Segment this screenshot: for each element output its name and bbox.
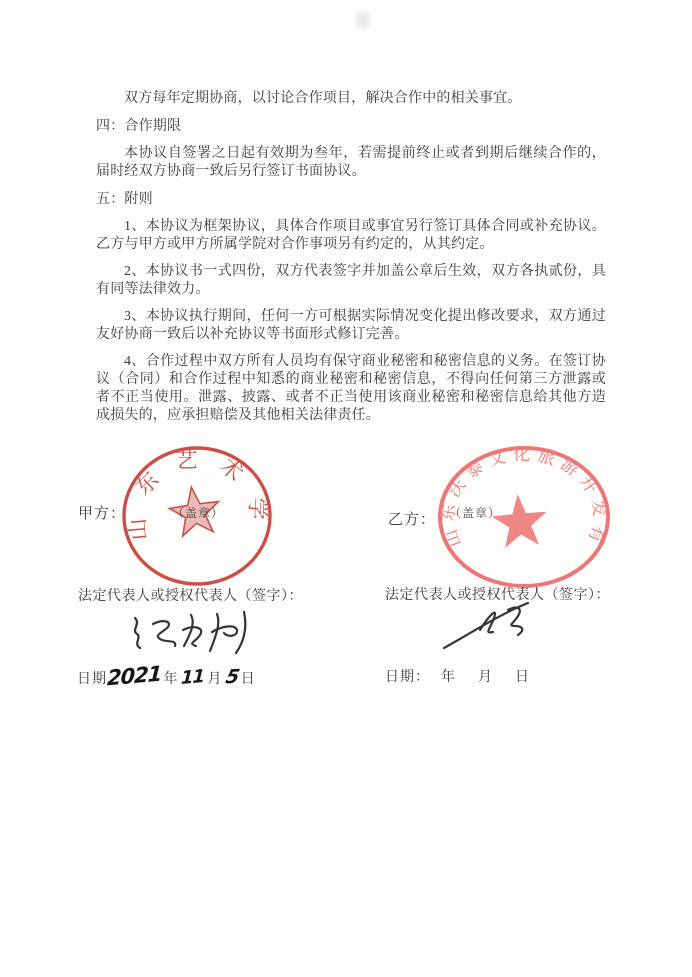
party-a-official-seal-stamp: 山东艺术学院 <box>118 442 276 592</box>
party-b-label: 乙方： <box>388 508 436 529</box>
paragraph-intro: 双方每年定期协商，以讨论合作项目，解决合作中的相关事宜。 <box>96 90 606 108</box>
scanned-document-page: 双方每年定期协商，以讨论合作项目，解决合作中的相关事宜。 四：合作期限 本协议自… <box>0 0 692 977</box>
party-a-date-year-unit: 年 <box>163 668 178 688</box>
party-a-date-prefix: 日期 <box>77 668 107 688</box>
paragraph-term: 本协议自签署之日起有效期为叁年，若需提前终止或者到期后继续合作的，届时经双方协商… <box>96 145 606 181</box>
agreement-body: 双方每年定期协商，以讨论合作项目，解决合作中的相关事宜。 四：合作期限 本协议自… <box>96 90 606 434</box>
section-heading-supplementary: 五：附则 <box>96 191 606 209</box>
paragraph-supplementary-2: 2、本协议书一式四份，双方代表签字并加盖公章后生效，双方各执贰份，具有同等法律效… <box>96 263 606 299</box>
party-b-signature <box>438 596 543 654</box>
party-a-representative-label: 法定代表人或授权代表人（签字）： <box>78 585 303 605</box>
scan-artifact <box>356 12 370 28</box>
party-a-date-year-handwritten: 2021 <box>106 662 162 691</box>
party-b-date-year-unit: 年 <box>441 666 456 686</box>
party-a-seal-star-icon <box>169 487 218 536</box>
paragraph-supplementary-1: 1、本协议为框架协议，具体合作项目或事宜另行签订具体合同或补充协议。乙方与甲方或… <box>96 218 606 254</box>
party-b-date-prefix: 日期： <box>385 670 430 685</box>
party-b-date-line: 日期：年月日 <box>385 666 541 686</box>
party-b-date-month-unit: 月 <box>478 666 493 686</box>
party-a-date-month-handwritten: 11 <box>181 666 205 689</box>
party-a-date-month-unit: 月 <box>208 668 223 688</box>
party-b-date-day-unit: 日 <box>515 666 530 686</box>
party-b-official-seal-stamp: 山东沃泰文化旅游开发有限公司 <box>436 444 612 592</box>
party-a-date-line: 日期2021年11月5日 <box>75 664 258 688</box>
party-b-seal-star-icon <box>492 494 547 548</box>
paragraph-supplementary-3: 3、本协议执行期间，任何一方可根据实际情况变化提出修改要求，双方通过友好协商一致… <box>96 308 606 344</box>
party-a-date-day-handwritten: 5 <box>223 666 240 689</box>
party-a-signature <box>125 606 265 658</box>
party-a-date-day-unit: 日 <box>241 668 256 688</box>
section-heading-cooperation-term: 四：合作期限 <box>96 118 606 136</box>
paragraph-supplementary-4: 4、合作过程中双方所有人员均有保守商业秘密和秘密信息的义务。在签订协议（合同）和… <box>96 353 606 425</box>
